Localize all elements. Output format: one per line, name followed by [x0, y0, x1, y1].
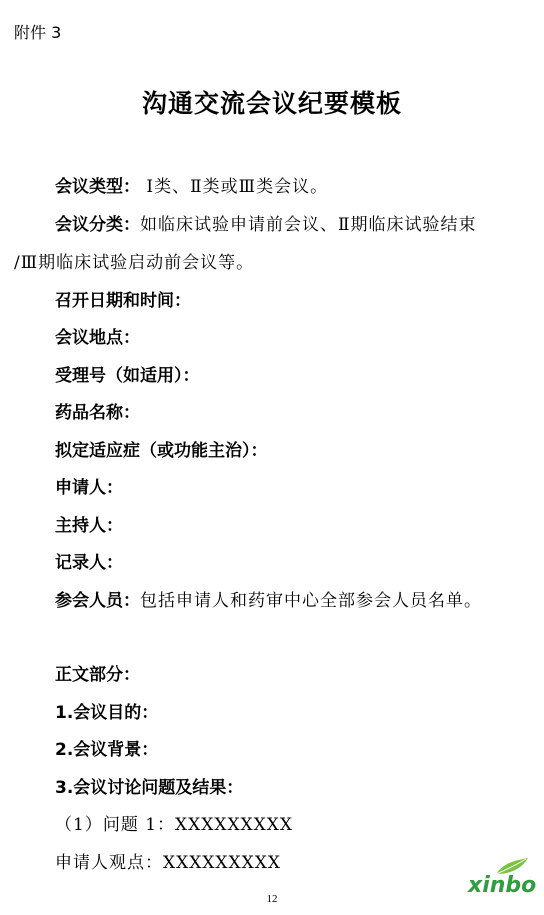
leaf-icon: xinbo — [466, 856, 542, 896]
applicant-view-text: 申请人观点：XXXXXXXXX — [55, 853, 281, 873]
field-label: 拟定适应症（或功能主治）： — [55, 441, 268, 461]
field-indication: 拟定适应症（或功能主治）： — [55, 436, 268, 461]
item-text: 1.会议目的： — [55, 703, 158, 723]
field-applicant: 申请人： — [55, 473, 123, 498]
field-value: 如临床试验申请前会议、Ⅱ期临床试验结束 — [140, 215, 477, 235]
field-label: 会议分类： — [55, 215, 140, 235]
field-label: 受理号（如适用）： — [55, 366, 200, 386]
field-label: 申请人： — [55, 478, 123, 498]
body-item-background: 2.会议背景： — [55, 735, 158, 760]
section-heading-text: 正文部分： — [55, 665, 140, 685]
field-recorder: 记录人： — [55, 548, 123, 573]
field-date-time: 召开日期和时间： — [55, 286, 191, 311]
field-label: 参会人员： — [55, 591, 140, 611]
item-text: 2.会议背景： — [55, 740, 158, 760]
body-item-purpose: 1.会议目的： — [55, 698, 158, 723]
annex-label: 附件 3 — [14, 20, 61, 43]
field-label: 召开日期和时间： — [55, 291, 191, 311]
question-text: （1）问题 1：XXXXXXXXX — [55, 815, 293, 835]
applicant-view: 申请人观点：XXXXXXXXX — [55, 848, 281, 873]
field-meeting-type: 会议类型： Ⅰ类、Ⅱ类或Ⅲ类会议。 — [55, 172, 328, 197]
field-label: 药品名称： — [55, 403, 140, 423]
question-1: （1）问题 1：XXXXXXXXX — [55, 810, 293, 835]
field-value: Ⅰ类、Ⅱ类或Ⅲ类会议。 — [140, 177, 328, 197]
field-value: 包括申请人和药审中心全部参会人员名单。 — [140, 591, 482, 611]
page-number: 12 — [0, 893, 544, 905]
xinbo-watermark-logo: xinbo — [466, 856, 542, 896]
field-label: 会议地点： — [55, 328, 140, 348]
field-host: 主持人： — [55, 511, 123, 536]
page-title: 沟通交流会议纪要模板 — [0, 84, 544, 120]
body-section-heading: 正文部分： — [55, 660, 140, 685]
item-text: 3.会议讨论问题及结果： — [55, 778, 243, 798]
body-item-discussion: 3.会议讨论问题及结果： — [55, 773, 243, 798]
field-value: /Ⅲ期临床试验启动前会议等。 — [14, 253, 254, 273]
field-label: 记录人： — [55, 553, 123, 573]
field-meeting-category: 会议分类：如临床试验申请前会议、Ⅱ期临床试验结束 — [55, 210, 477, 235]
field-drug-name: 药品名称： — [55, 398, 140, 423]
field-label: 主持人： — [55, 516, 123, 536]
field-label: 会议类型： — [55, 177, 140, 197]
field-location: 会议地点： — [55, 323, 140, 348]
field-meeting-category-cont: /Ⅲ期临床试验启动前会议等。 — [14, 248, 254, 273]
field-attendees: 参会人员：包括申请人和药审中心全部参会人员名单。 — [55, 586, 482, 611]
field-acceptance-number: 受理号（如适用）： — [55, 361, 200, 386]
svg-text:xinbo: xinbo — [467, 873, 536, 896]
